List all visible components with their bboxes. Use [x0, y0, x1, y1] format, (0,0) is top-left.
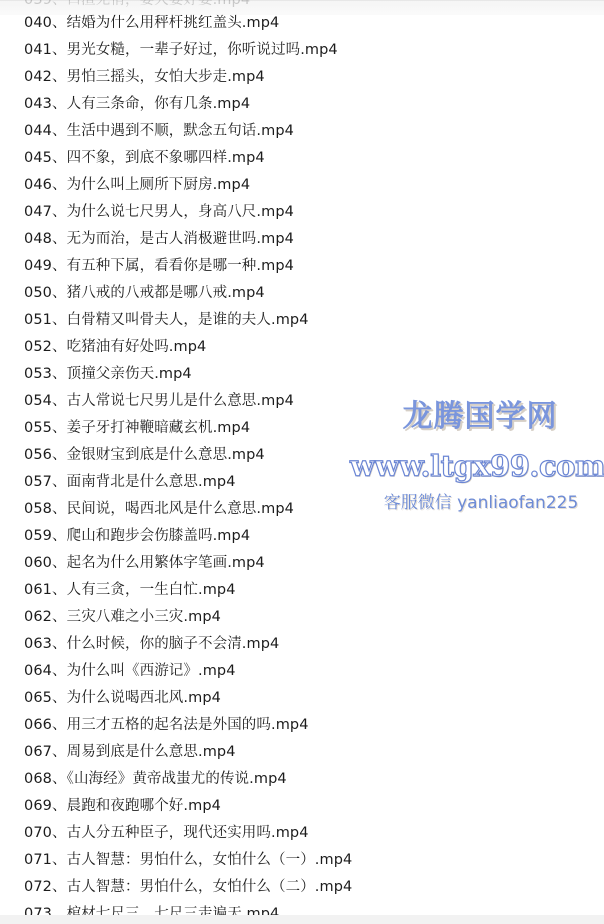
file-item-number: 041 [24, 42, 52, 58]
file-item[interactable]: 068、《山海经》黄帝战蚩尤的传说.mp4 [24, 766, 287, 793]
file-item-title: 吃猪油有好处吗.mp4 [67, 339, 207, 355]
file-item[interactable]: 049、有五种下属，看看你是哪一种.mp4 [24, 253, 294, 280]
file-item[interactable]: 053、顶撞父亲伤天.mp4 [24, 361, 192, 388]
file-item-separator: 、 [52, 312, 67, 328]
file-item[interactable]: 051、白骨精又叫骨夫人，是谁的夫人.mp4 [24, 307, 309, 334]
file-item[interactable]: 066、用三才五格的起名法是外国的吗.mp4 [24, 712, 309, 739]
file-item-separator: 、 [52, 96, 67, 112]
file-item[interactable]: 044、生活中遇到不顺，默念五句话.mp4 [24, 118, 294, 145]
file-item-number: 052 [24, 339, 52, 355]
watermark: 龙腾国学网 www.ltgx99.com 客服微信 yanliaofan225 [350, 398, 604, 516]
file-item-number: 049 [24, 258, 52, 274]
watermark-site-name: 龙腾国学网 [350, 398, 604, 436]
file-item-number: 065 [24, 690, 52, 706]
file-item-separator: 、 [52, 366, 67, 382]
file-item-number: 061 [24, 582, 52, 598]
file-item-title: 古人常说七尺男儿是什么意思.mp4 [67, 393, 294, 409]
file-item-number: 058 [24, 501, 52, 517]
file-item[interactable]: 041、男光女糙，一辈子好过，你听说过吗.mp4 [24, 37, 338, 64]
file-item-title: 为什么说喝西北风.mp4 [67, 690, 221, 706]
file-item-separator: 、 [52, 15, 67, 31]
file-item-separator: 、 [52, 609, 67, 625]
file-item-number: 066 [24, 717, 52, 733]
bottom-edge-shade [0, 915, 604, 924]
file-item-number: 050 [24, 285, 52, 301]
file-item-separator: 、 [52, 150, 67, 166]
file-item-number: 053 [24, 366, 52, 382]
watermark-contact: 客服微信 yanliaofan225 [350, 490, 604, 516]
file-item[interactable]: 063、什么时候，你的脑子不会清.mp4 [24, 631, 279, 658]
file-item-title: 男光女糙，一辈子好过，你听说过吗.mp4 [67, 42, 338, 58]
file-item-separator: 、 [52, 744, 67, 760]
file-item[interactable]: 056、金银财宝到底是什么意思.mp4 [24, 442, 265, 469]
file-item-number: 045 [24, 150, 52, 166]
file-item-title: 为什么叫《西游记》.mp4 [67, 663, 236, 679]
file-item-title: 金银财宝到底是什么意思.mp4 [67, 447, 265, 463]
file-item[interactable]: 042、男怕三摇头，女怕大步走.mp4 [24, 64, 265, 91]
file-item-separator: 、 [52, 474, 67, 490]
file-item-title: 周易到底是什么意思.mp4 [67, 744, 236, 760]
file-item[interactable]: 064、为什么叫《西游记》.mp4 [24, 658, 236, 685]
file-item-number: 054 [24, 393, 52, 409]
file-item[interactable]: 072、古人智慧：男怕什么，女怕什么（二）.mp4 [24, 874, 352, 901]
file-item-title: 四不象，到底不象哪四样.mp4 [67, 150, 265, 166]
file-item-separator: 、 [52, 231, 67, 247]
file-item-title: 姜子牙打神鞭暗藏玄机.mp4 [67, 420, 251, 436]
file-item[interactable]: 069、晨跑和夜跑哪个好.mp4 [24, 793, 221, 820]
file-item-separator: 、 [52, 636, 67, 652]
file-item[interactable]: 061、人有三贪，一生白忙.mp4 [24, 577, 236, 604]
file-item-title: 有五种下属，看看你是哪一种.mp4 [67, 258, 294, 274]
file-item-title: 古人智慧：男怕什么，女怕什么（一）.mp4 [67, 852, 353, 868]
file-item-title: 三灾八难之小三灾.mp4 [67, 609, 221, 625]
file-item-title: 无为而治，是古人消极避世吗.mp4 [67, 231, 294, 247]
file-item-number: 047 [24, 204, 52, 220]
file-item-separator: 、 [52, 798, 67, 814]
file-item-number: 062 [24, 609, 52, 625]
file-item-title: 民间说，喝西北风是什么意思.mp4 [67, 501, 294, 517]
watermark-url: www.ltgx99.com [350, 446, 604, 486]
file-item-title: 面南背北是什么意思.mp4 [67, 474, 236, 490]
file-item[interactable]: 065、为什么说喝西北风.mp4 [24, 685, 221, 712]
file-item[interactable]: 047、为什么说七尺男人，身高八尺.mp4 [24, 199, 294, 226]
file-item-number: 040 [24, 15, 52, 31]
file-item-number: 044 [24, 123, 52, 139]
file-item-title: 结婚为什么用秤杆挑红盖头.mp4 [67, 15, 280, 31]
file-item-title: 人有三条命，你有几条.mp4 [67, 96, 251, 112]
file-item-title: 人有三贪，一生白忙.mp4 [67, 582, 236, 598]
file-item-separator: 、 [52, 528, 67, 544]
file-item-separator: 、 [52, 69, 67, 85]
file-item[interactable]: 048、无为而治，是古人消极避世吗.mp4 [24, 226, 294, 253]
file-item-number: 072 [24, 879, 52, 895]
file-item-title: 猪八戒的八戒都是哪八戒.mp4 [67, 285, 265, 301]
file-item-number: 067 [24, 744, 52, 760]
file-item-title: 晨跑和夜跑哪个好.mp4 [67, 798, 221, 814]
file-item-number: 064 [24, 663, 52, 679]
file-item-number: 048 [24, 231, 52, 247]
file-item-number: 069 [24, 798, 52, 814]
file-item-title: 生活中遇到不顺，默念五句话.mp4 [67, 123, 294, 139]
file-item-number: 068 [24, 771, 52, 787]
file-item[interactable]: 046、为什么叫上厕所下厨房.mp4 [24, 172, 250, 199]
file-item-separator: 、 [52, 447, 67, 463]
file-item-title: 起名为什么用繁体字笔画.mp4 [67, 555, 265, 571]
file-item-separator: 、 [52, 852, 67, 868]
file-item-separator: 、 [52, 177, 67, 193]
file-item-title: 古人智慧：男怕什么，女怕什么（二）.mp4 [67, 879, 353, 895]
file-item-title: 什么时候，你的脑子不会清.mp4 [67, 636, 280, 652]
file-item[interactable]: 058、民间说，喝西北风是什么意思.mp4 [24, 496, 294, 523]
file-item-number: 055 [24, 420, 52, 436]
file-item-separator: 、 [52, 879, 67, 895]
file-item-separator: 、 [52, 501, 67, 517]
file-item-title: 顶撞父亲伤天.mp4 [67, 366, 192, 382]
file-item[interactable]: 070、古人分五种臣子，现代还实用吗.mp4 [24, 820, 309, 847]
file-item-number: 046 [24, 177, 52, 193]
file-item-separator: 、 [52, 285, 67, 301]
file-item-number: 060 [24, 555, 52, 571]
file-item[interactable]: 057、面南背北是什么意思.mp4 [24, 469, 236, 496]
file-item-title: 爬山和跑步会伤膝盖吗.mp4 [67, 528, 251, 544]
file-item-separator: 、 [52, 204, 67, 220]
file-item-separator: 、 [52, 717, 67, 733]
file-item-separator: 、 [52, 339, 67, 355]
file-item[interactable]: 071、古人智慧：男怕什么，女怕什么（一）.mp4 [24, 847, 352, 874]
file-item-number: 043 [24, 96, 52, 112]
file-item-number: 056 [24, 447, 52, 463]
file-item[interactable]: 052、吃猪油有好处吗.mp4 [24, 334, 206, 361]
file-item[interactable]: 043、人有三条命，你有几条.mp4 [24, 91, 250, 118]
file-item[interactable]: 055、姜子牙打神鞭暗藏玄机.mp4 [24, 415, 250, 442]
file-item-title: 《山海经》黄帝战蚩尤的传说.mp4 [67, 771, 287, 787]
file-item-title: 古人分五种臣子，现代还实用吗.mp4 [67, 825, 309, 841]
file-item-separator: 、 [52, 663, 67, 679]
file-item[interactable]: 067、周易到底是什么意思.mp4 [24, 739, 236, 766]
file-item-title: 白骨精又叫骨夫人，是谁的夫人.mp4 [67, 312, 309, 328]
file-item-number: 070 [24, 825, 52, 841]
file-item[interactable]: 054、古人常说七尺男儿是什么意思.mp4 [24, 388, 294, 415]
file-item[interactable]: 060、起名为什么用繁体字笔画.mp4 [24, 550, 265, 577]
file-item-number: 063 [24, 636, 52, 652]
file-item-number: 059 [24, 528, 52, 544]
file-item-number: 051 [24, 312, 52, 328]
file-item-number: 057 [24, 474, 52, 490]
file-item[interactable]: 045、四不象，到底不象哪四样.mp4 [24, 145, 265, 172]
file-item-separator: 、 [52, 258, 67, 274]
file-item-separator: 、 [52, 42, 67, 58]
file-item-separator: 、 [52, 771, 67, 787]
file-item-title: 用三才五格的起名法是外国的吗.mp4 [67, 717, 309, 733]
file-item[interactable]: 059、爬山和跑步会伤膝盖吗.mp4 [24, 523, 250, 550]
top-edge-shade [0, 0, 604, 15]
file-item-title: 为什么说七尺男人，身高八尺.mp4 [67, 204, 294, 220]
file-item-separator: 、 [52, 582, 67, 598]
file-item-separator: 、 [52, 555, 67, 571]
file-item-title: 为什么叫上厕所下厨房.mp4 [67, 177, 251, 193]
file-item[interactable]: 062、三灾八难之小三灾.mp4 [24, 604, 221, 631]
file-item-title: 男怕三摇头，女怕大步走.mp4 [67, 69, 265, 85]
file-item-separator: 、 [52, 690, 67, 706]
file-item-separator: 、 [52, 123, 67, 139]
file-item-separator: 、 [52, 393, 67, 409]
file-item-separator: 、 [52, 420, 67, 436]
file-item[interactable]: 050、猪八戒的八戒都是哪八戒.mp4 [24, 280, 265, 307]
file-item-separator: 、 [52, 825, 67, 841]
file-item-number: 042 [24, 69, 52, 85]
file-item-number: 071 [24, 852, 52, 868]
